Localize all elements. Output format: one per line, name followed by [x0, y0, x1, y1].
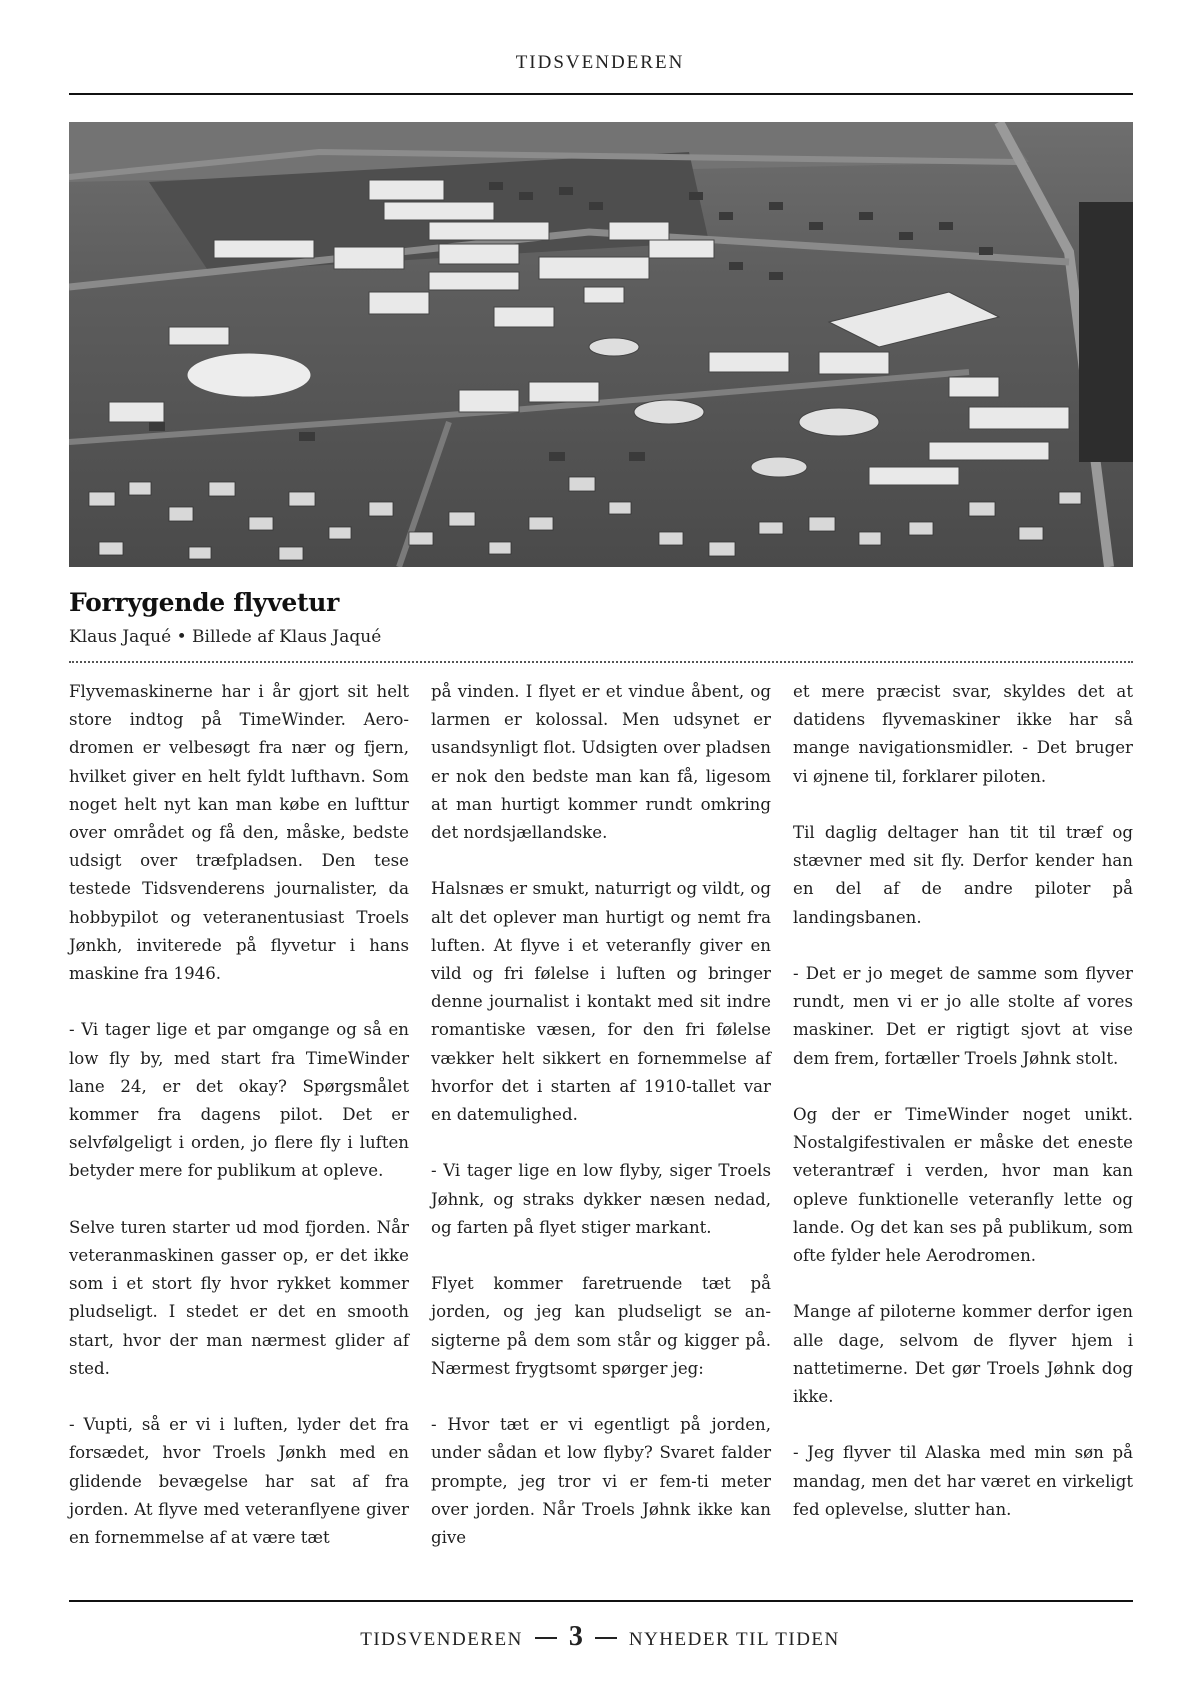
footer-tagline: NYHEDER TIL TIDEN: [629, 1629, 840, 1651]
top-rule: [69, 93, 1133, 95]
article-headline: Forrygende flyvetur: [69, 588, 339, 617]
paragraph: Flyet kommer faretruende tæt på jorden, …: [431, 1270, 771, 1383]
paragraph: Til daglig deltager han tit til træf og …: [793, 819, 1133, 932]
bottom-rule: [69, 1600, 1133, 1602]
paragraph: Flyvemaskinerne har i år gjort sit helt …: [69, 678, 409, 988]
footer-dash: [595, 1637, 617, 1639]
paragraph: - Vi tager lige en low flyby, siger Tro­…: [431, 1157, 771, 1242]
article-column-3: et mere præcist svar, skyldes det at dat…: [793, 678, 1133, 1552]
masthead: TIDSVENDEREN: [0, 52, 1200, 74]
paragraph: Selve turen starter ud mod fjorden. Når …: [69, 1214, 409, 1383]
page-number: 3: [569, 1621, 583, 1653]
paragraph: - Jeg flyver til Alaska med min søn på m…: [793, 1439, 1133, 1524]
page-footer: TIDSVENDEREN 3 NYHEDER TIL TIDEN: [0, 1621, 1200, 1653]
paragraph: Halsnæs er smukt, naturrigt og vildt, og…: [431, 875, 771, 1129]
article-photo: [69, 122, 1133, 567]
article-body: Flyvemaskinerne har i år gjort sit helt …: [69, 678, 1133, 1552]
paragraph: - Vi tager lige et par omgange og så en …: [69, 1016, 409, 1185]
paragraph: et mere præcist svar, skyldes det at dat…: [793, 678, 1133, 791]
dotted-divider: [69, 661, 1133, 663]
paragraph: Mange af piloterne kommer der­for igen a…: [793, 1298, 1133, 1411]
article-column-2: på vinden. I flyet er et vindue åbent, o…: [431, 678, 771, 1552]
paragraph: på vinden. I flyet er et vindue åbent, o…: [431, 678, 771, 847]
paragraph: - Vupti, så er vi i luften, lyder det fr…: [69, 1411, 409, 1552]
article-byline: Klaus Jaqué • Billede af Klaus Jaqué: [69, 627, 381, 647]
paragraph: - Det er jo meget de samme som flyver ru…: [793, 960, 1133, 1073]
paragraph: - Hvor tæt er vi egentligt på jorden, un…: [431, 1411, 771, 1552]
footer-dash: [535, 1637, 557, 1639]
article-column-1: Flyvemaskinerne har i år gjort sit helt …: [69, 678, 409, 1552]
paragraph: Og der er TimeWinder noget unikt. Nostal…: [793, 1101, 1133, 1270]
footer-publication: TIDSVENDEREN: [360, 1629, 523, 1651]
